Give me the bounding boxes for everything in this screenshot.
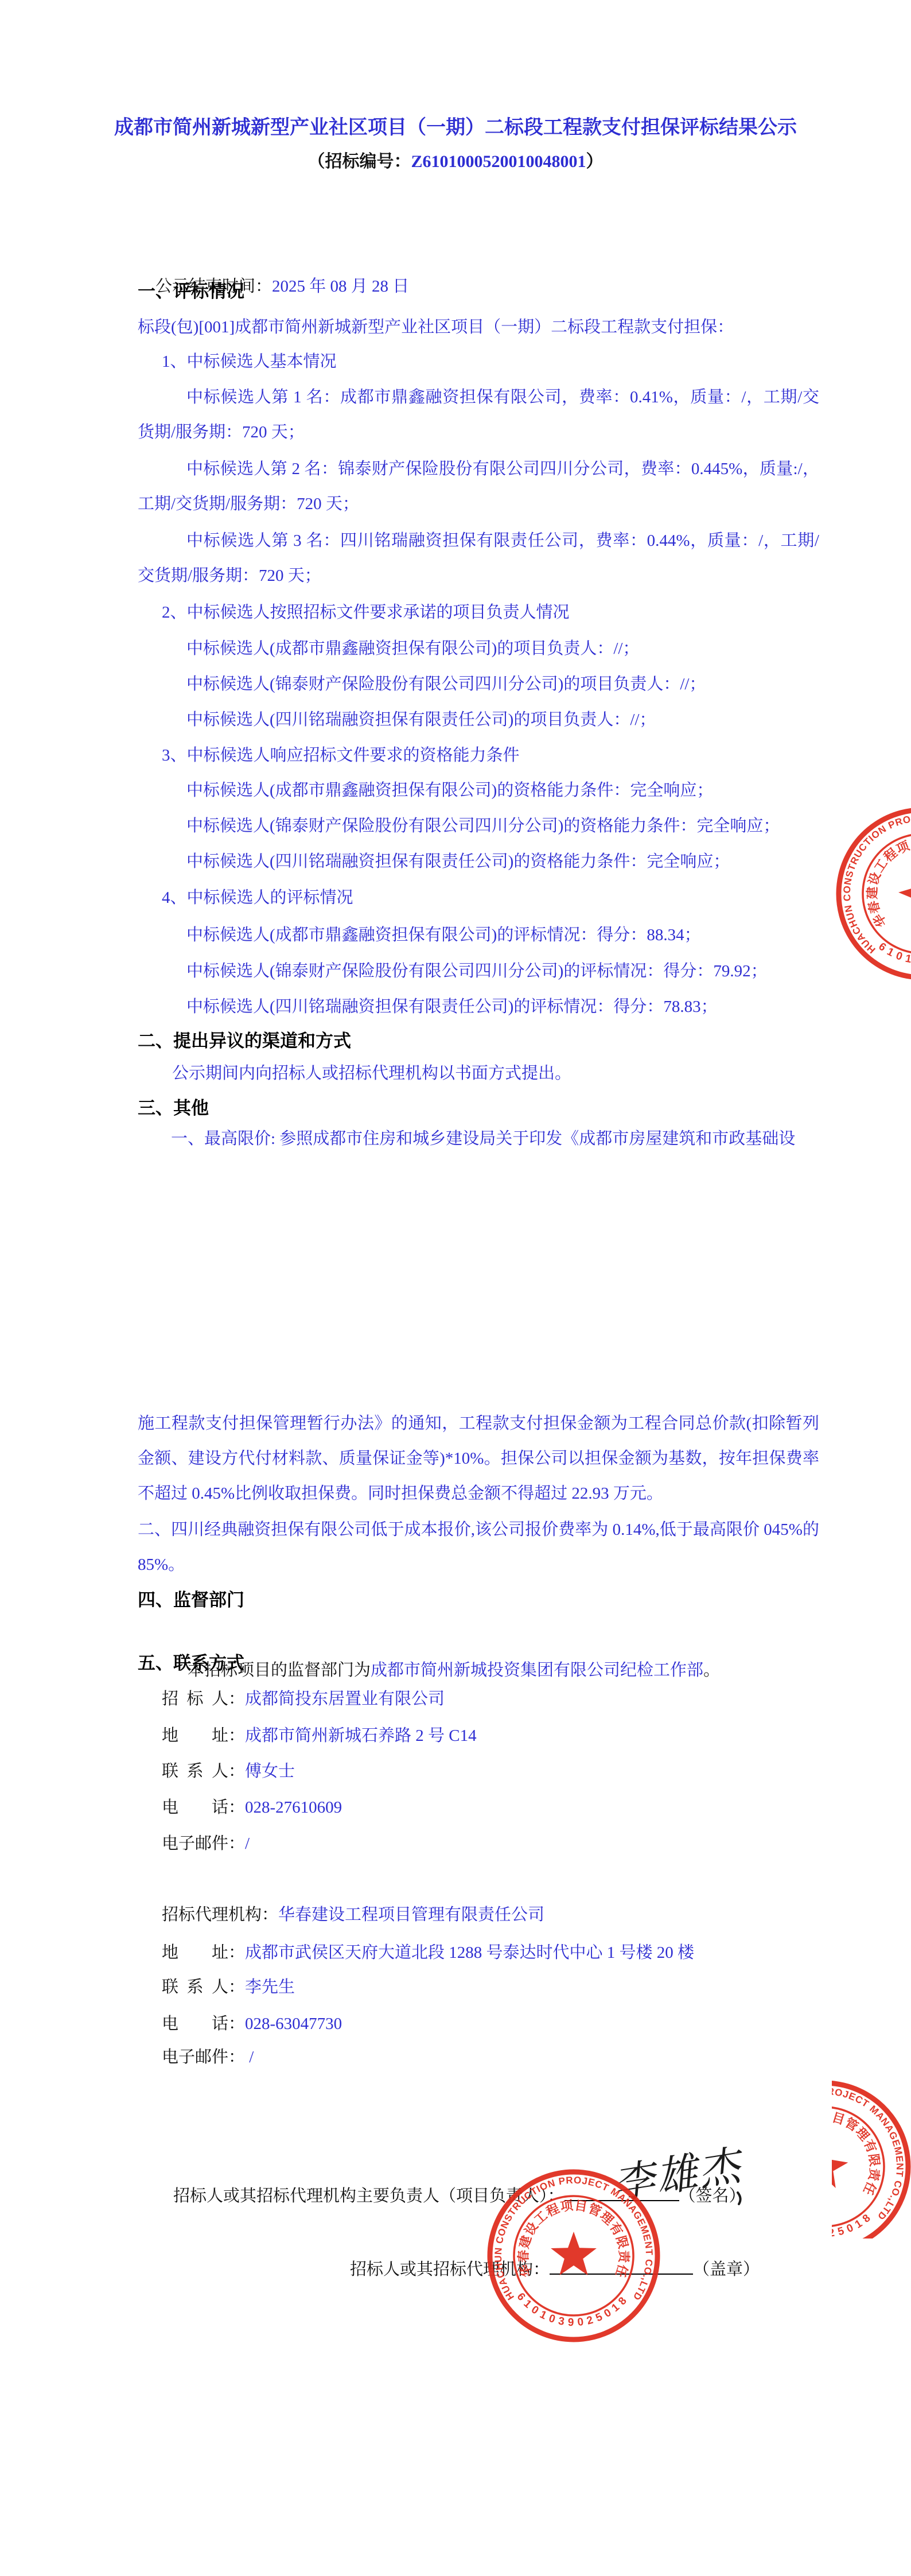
- bidder-label: 招 标 人：: [162, 1690, 245, 1708]
- edge-seal-lower-group: HUACHUN CONSTRUCTION PROJECT MANAGEMENT …: [832, 2075, 911, 2239]
- edge-seal-stamp-upper: HUACHUN CONSTRUCTION PROJECT MANAGEMENT …: [831, 802, 911, 986]
- seal-star-icon: [832, 2140, 850, 2189]
- score1-line: 中标候选人(成都市鼎鑫融资担保有限公司)的评标情况：得分：88.34；: [186, 918, 701, 953]
- sub4-heading: 4、中标候选人的评标情况: [162, 880, 353, 915]
- email2-label: 电子邮件：: [162, 2048, 245, 2066]
- tender-number-prefix: （招标编号：: [307, 152, 411, 171]
- section1-heading: 一、评标情况: [138, 281, 244, 302]
- edge-seal-upper-group: HUACHUN CONSTRUCTION PROJECT MANAGEMENT …: [831, 802, 911, 986]
- section3-heading: 三、其他: [138, 1097, 209, 1119]
- seal-star-icon: [894, 864, 911, 918]
- contact2-label: 联 系 人：: [162, 1978, 245, 1996]
- tender-number: Z6101000520010048001: [411, 152, 586, 171]
- seal-number-arc: 6101039025018: [515, 2291, 632, 2329]
- edge-seal-clip-lower: HUACHUN CONSTRUCTION PROJECT MANAGEMENT …: [832, 2072, 911, 2239]
- section2-body: 公示期间内向招标人或招标代理机构以书面方式提出。: [172, 1056, 571, 1091]
- signature-line-2-suffix: （盖章）: [693, 2260, 760, 2279]
- section4-heading: 四、监督部门: [138, 1589, 244, 1611]
- sub1-heading: 1、中标候选人基本情况: [162, 344, 337, 379]
- agency-name: 华春建设工程项目管理有限责任公司: [278, 1906, 544, 1924]
- bidder-name: 成都简投东居置业有限公司: [245, 1690, 445, 1708]
- score2-line: 中标候选人(锦泰财产保险股份有限公司四川分公司)的评标情况：得分：79.92；: [186, 954, 768, 989]
- page-title: 成都市简州新城新型产业社区项目（一期）二标段工程款支付担保评标结果公示: [0, 115, 911, 141]
- pm2-line: 中标候选人(锦泰财产保险股份有限公司四川分公司)的项目负责人：//；: [186, 667, 706, 702]
- qualification2-line: 中标候选人(锦泰财产保险股份有限公司四川分公司)的资格能力条件：完全响应；: [186, 809, 780, 844]
- signature-flourish: [738, 2193, 741, 2204]
- edge-seal-stamp-lower: HUACHUN CONSTRUCTION PROJECT MANAGEMENT …: [832, 2075, 911, 2239]
- section3-p2: 二、四川经典融资担保有限公司低于成本报价,该公司报价费率为 0.14%,低于最高…: [138, 1512, 819, 1582]
- email2-row: 电子邮件： /: [162, 2040, 254, 2075]
- sub3-heading: 3、中标候选人响应招标文件要求的资格能力条件: [162, 738, 520, 773]
- publicity-end-time-value: 2025 年 08 月 28 日: [272, 277, 409, 296]
- score3-line: 中标候选人(四川铭瑞融资担保有限责任公司)的评标情况：得分：78.83；: [186, 990, 718, 1025]
- phone1-label: 电 话：: [162, 1798, 245, 1817]
- phone2-value: 028-63047730: [245, 2015, 342, 2033]
- phone1-value: 028-27610609: [245, 1798, 342, 1817]
- contact1-value: 傅女士: [245, 1762, 295, 1780]
- sub2-heading: 2、中标候选人按照招标文件要求承诺的项目负责人情况: [162, 595, 570, 630]
- qualification3-line: 中标候选人(四川铭瑞融资担保有限责任公司)的资格能力条件：完全响应；: [186, 844, 730, 879]
- candidate1-line: 中标候选人第 1 名：成都市鼎鑫融资担保有限公司，费率：0.41%，质量：/，工…: [138, 380, 819, 450]
- pm1-line: 中标候选人(成都市鼎鑫融资担保有限公司)的项目负责人：//；: [186, 631, 639, 666]
- address1-value: 成都市简州新城石养路 2 号 C14: [245, 1727, 477, 1745]
- email1-value: /: [245, 1834, 250, 1853]
- candidate3-line: 中标候选人第 3 名：四川铭瑞融资担保有限责任公司，费率：0.44%，质量：/，…: [138, 523, 819, 593]
- supervision-department: 成都市简州新城投资集团有限公司纪检工作部: [371, 1661, 703, 1679]
- contact2-value: 李先生: [245, 1978, 295, 1996]
- contact2-row: 联 系 人：李先生: [162, 1970, 295, 2005]
- phone2-row: 电 话：028-63047730: [162, 2007, 342, 2042]
- section5-heading: 五、联系方式: [138, 1652, 244, 1674]
- agency-seal-stamp: HUACHUN CONSTRUCTION PROJECT MANAGEMENT …: [482, 2164, 665, 2348]
- address1-label: 地 址：: [162, 1727, 245, 1745]
- agency-row: 招标代理机构：华春建设工程项目管理有限责任公司: [162, 1898, 544, 1933]
- agency-label: 招标代理机构：: [162, 1906, 278, 1924]
- qualification1-line: 中标候选人(成都市鼎鑫融资担保有限公司)的资格能力条件：完全响应；: [186, 773, 713, 808]
- seal-star-icon: [551, 2232, 597, 2275]
- section3-p1b: 施工程款支付担保管理暂行办法》的通知，工程款支付担保金额为工程合同总价款(扣除暂…: [138, 1406, 819, 1511]
- lot-line: 标段(包)[001]成都市简州新城新型产业社区项目（一期）二标段工程款支付担保：: [138, 310, 734, 345]
- email2-value: /: [245, 2048, 254, 2066]
- section4-body-period: 。: [703, 1661, 720, 1679]
- address2-value: 成都市武侯区天府大道北段 1288 号泰达时代中心 1 号楼 20 楼: [245, 1943, 694, 1962]
- address2-row: 地 址：成都市武侯区天府大道北段 1288 号泰达时代中心 1 号楼 20 楼: [162, 1935, 819, 1970]
- pm3-line: 中标候选人(四川铭瑞融资担保有限责任公司)的项目负责人：//；: [186, 703, 656, 738]
- phone1-row: 电 话：028-27610609: [162, 1790, 342, 1825]
- bidder-row: 招 标 人：成都简投东居置业有限公司: [162, 1682, 445, 1717]
- email1-label: 电子邮件：: [162, 1834, 245, 1853]
- tender-number-line: （招标编号：Z6101000520010048001）: [0, 150, 911, 173]
- section3-p1a: 一、最高限价: 参照成都市住房和城乡建设局关于印发《成都市房屋建筑和市政基础设: [171, 1122, 795, 1157]
- tender-number-suffix: ）: [586, 152, 604, 171]
- section2-heading: 二、提出异议的渠道和方式: [138, 1030, 351, 1052]
- contact1-row: 联 系 人：傅女士: [162, 1754, 295, 1789]
- email1-row: 电子邮件：/: [162, 1826, 250, 1861]
- address2-label: 地 址：: [162, 1943, 245, 1962]
- document-page: 成都市简州新城新型产业社区项目（一期）二标段工程款支付担保评标结果公示 （招标编…: [0, 0, 911, 2576]
- phone2-label: 电 话：: [162, 2015, 245, 2033]
- seal-number-arc: 6101039025018: [832, 2193, 877, 2239]
- agency-seal-group: HUACHUN CONSTRUCTION PROJECT MANAGEMENT …: [482, 2164, 657, 2340]
- address1-row: 地 址：成都市简州新城石养路 2 号 C14: [162, 1718, 477, 1753]
- candidate2-line: 中标候选人第 2 名：锦泰财产保险股份有限公司四川分公司，费率：0.445%，质…: [138, 452, 819, 522]
- contact1-label: 联 系 人：: [162, 1762, 245, 1780]
